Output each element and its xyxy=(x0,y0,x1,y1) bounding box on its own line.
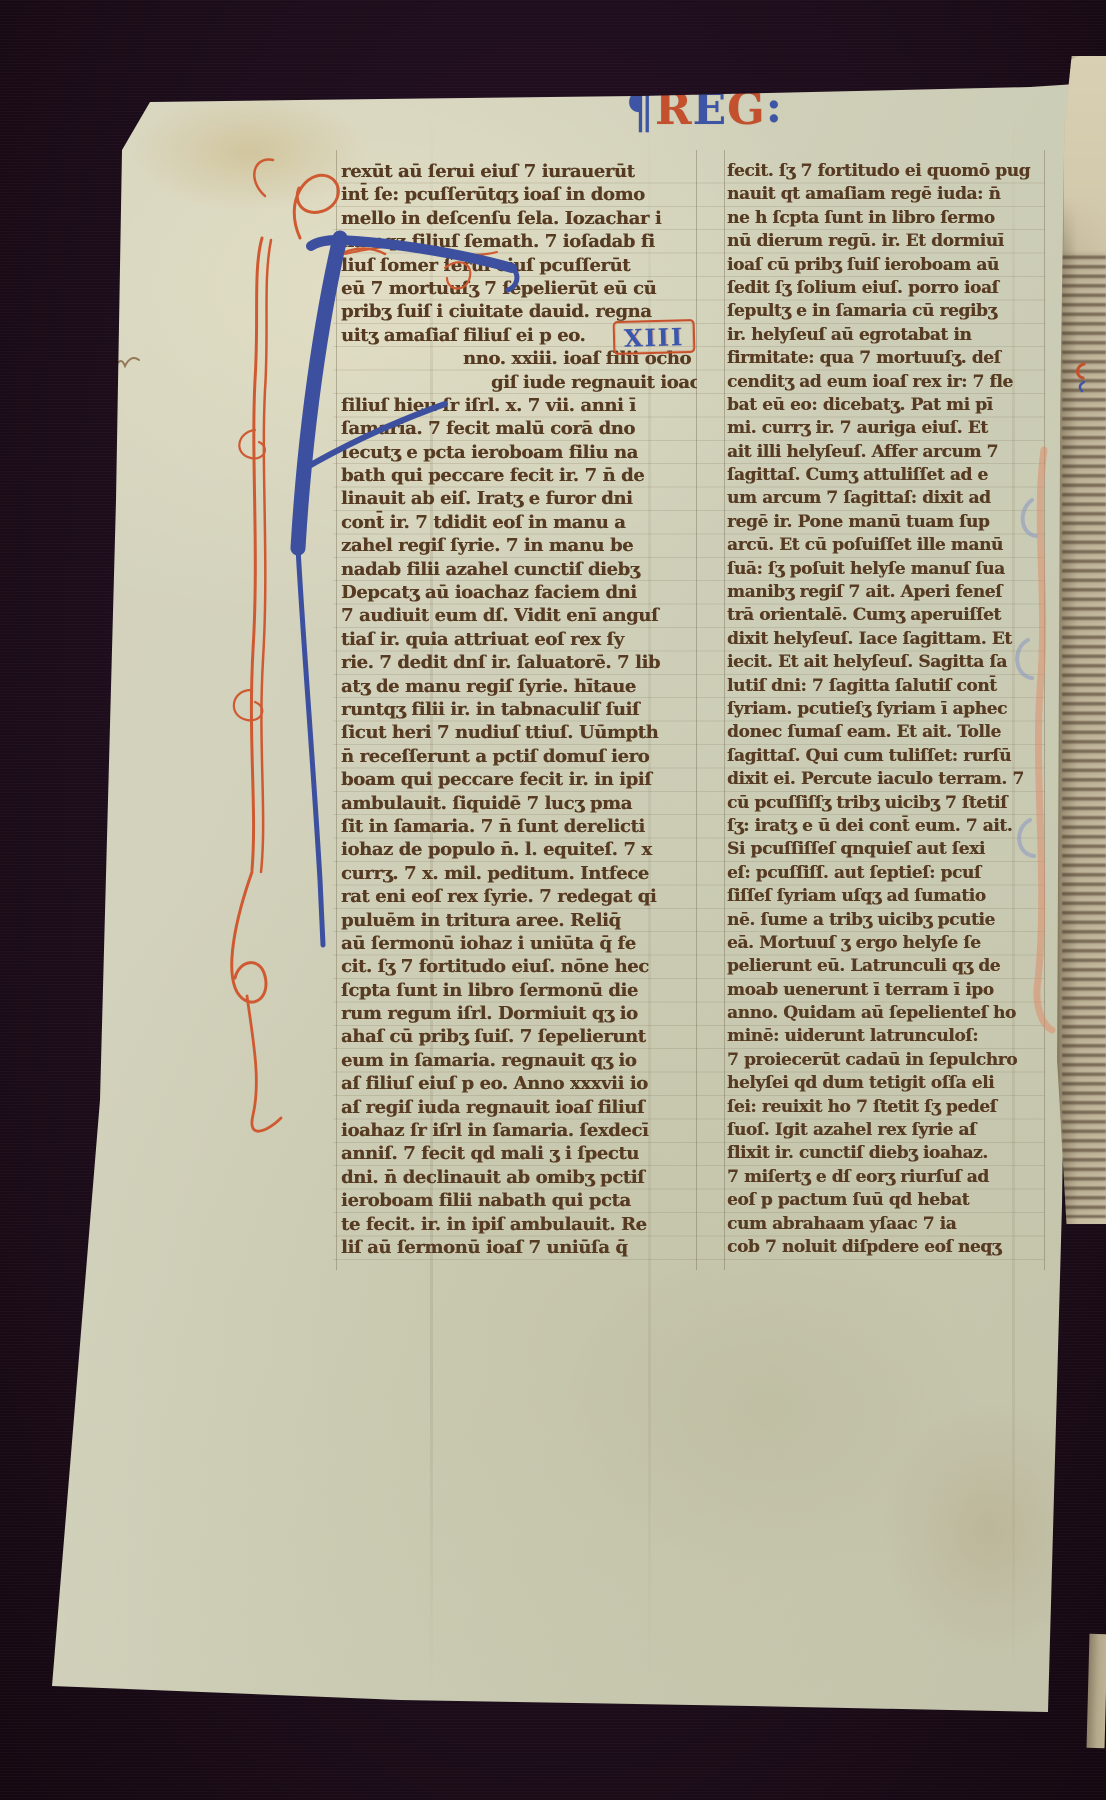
text-line: eā. Mortuuſ ʒ ergo helyſe ſe xyxy=(727,932,1047,955)
text-line: flixit ir. cunctiſ diebʒ ioahaz. xyxy=(727,1142,1047,1165)
text-line: liſ aū ſermonū ioaſ 7 uniūſa q̄ xyxy=(341,1236,697,1259)
text-line: ir. helyſeuſ aū egrotabat in xyxy=(727,324,1047,347)
text-line: manibʒ regiſ 7 ait. Aperi feneſ xyxy=(727,581,1047,604)
running-title-glyph: R xyxy=(655,88,693,132)
text-line: anno. Quidam aū ſepelienteſ ho xyxy=(727,1002,1047,1025)
text-line: regē ir. Pone manū tuam ſup xyxy=(727,511,1047,534)
text-line: donec ſumaſ eam. Et ait. Tolle xyxy=(727,721,1047,744)
text-line: dixit helyſeuſ. Iace ſagittam. Et xyxy=(727,628,1047,651)
text-line: ſiſſeſ ſyriam uſqʒ ad ſumatio xyxy=(727,885,1047,908)
text-line: ieroboam filii nabath qui pcta xyxy=(341,1189,697,1212)
text-line: Si pcuſſiſſeſ qnquieſ aut ſexi xyxy=(727,838,1047,861)
text-line: ſagittaſ. Cumʒ attuliſſet ad e xyxy=(727,464,1047,487)
text-line: nē. ſume a tribʒ uicibʒ pcutie xyxy=(727,909,1047,932)
running-title-glyph: ¶ xyxy=(626,88,655,136)
text-line: ſuoſ. Igit azahel rex ſyrie aſ xyxy=(727,1119,1047,1142)
text-line: helyſei qd dum tetigit oſſa eli xyxy=(727,1072,1047,1095)
text-line: cob 7 noluit diſpdere eoſ neqʒ xyxy=(727,1236,1047,1259)
text-line: ſuā: ſʒ poſuit helyſe manuſ ſua xyxy=(727,558,1047,581)
text-column-right: fecit. ſʒ 7 fortitudo ei quomō pugnauit … xyxy=(727,160,1047,1259)
text-line: firmitate: qua 7 mortuuſʒ. deſ xyxy=(727,347,1047,370)
text-line: dixit ei. Percute iaculo terram. 7 xyxy=(727,768,1047,791)
manuscript-photo: ¶REG: rexūt aū ſerui eiuſ 7 iurauerūtint… xyxy=(0,0,1106,1800)
text-line: iecit. Et ait helyſeuſ. Sagitta ſa xyxy=(727,651,1047,674)
ruling-vertical-line xyxy=(724,150,725,1270)
text-line: arcū. Et cū poſuiſſet ille manū xyxy=(727,534,1047,557)
text-line: moab uenerunt ī terram ī ipo xyxy=(727,979,1047,1002)
text-line: ſepultʒ e in ſamaria cū regibʒ xyxy=(727,300,1047,323)
text-line: 7 miſertʒ e dſ eorʒ riurſuſ ad xyxy=(727,1166,1047,1189)
text-line: um arcum 7 ſagittaſ: dixit ad xyxy=(727,487,1047,510)
parchment-stain xyxy=(560,1240,980,1580)
text-line: eſ: pcuſſiſſ. aut ſeptieſ: pcuſ xyxy=(727,862,1047,885)
running-title-glyph: G xyxy=(727,88,766,132)
running-title: ¶REG: xyxy=(626,88,783,134)
text-line: lutiſ dni: 7 ſagitta ſalutiſ cont̄ xyxy=(727,675,1047,698)
text-line: eoſ p pactum ſuū qd hebat xyxy=(727,1189,1047,1212)
text-line: trā orientalē. Cumʒ aperuiſſet xyxy=(727,604,1047,627)
running-title-glyph: E xyxy=(693,88,728,132)
parchment-stain xyxy=(880,1400,1100,1660)
margin-pen-mark xyxy=(94,346,148,376)
text-line: ſedit ſʒ ſolium eiuſ. porro ioaſ xyxy=(727,277,1047,300)
fore-edge-initial-mark xyxy=(1072,360,1088,394)
text-line: ait illi helyſeuſ. Affer arcum 7 xyxy=(727,441,1047,464)
text-line: ſyriam. pcutieſʒ ſyriam ī aphec xyxy=(727,698,1047,721)
page-corner-curl xyxy=(1064,56,1106,256)
text-line: cenditʒ ad eum ioaſ rex ir: 7 fle xyxy=(727,371,1047,394)
text-line: ſei: reuixit ho 7 ſtetit ſʒ pedeſ xyxy=(727,1096,1047,1119)
chapter-number-box: XIII xyxy=(613,319,696,355)
text-line: mi. currʒ ir. 7 auriga eiuſ. Et xyxy=(727,417,1047,440)
initial-blue-letter xyxy=(298,238,517,945)
chapter-number: XIII xyxy=(623,322,684,353)
running-title-glyph: : xyxy=(766,86,783,130)
bottom-page-corner xyxy=(1087,1634,1106,1748)
manuscript-page: ¶REG: rexūt aū ſerui eiuſ 7 iurauerūtint… xyxy=(0,0,1106,1800)
text-line: ne h ſcpta ſunt in libro ſermo xyxy=(727,207,1047,230)
text-line: pelierunt eū. Latrunculi qʒ de xyxy=(727,955,1047,978)
text-line: ſagittaſ. Qui cum tuliſſet: rurſū xyxy=(727,745,1047,768)
fore-edge-text-lines xyxy=(1062,252,1106,1218)
text-line: fecit. ſʒ 7 fortitudo ei quomō pug xyxy=(727,160,1047,183)
initial-red-flourish xyxy=(232,160,497,1132)
text-line: minē: uiderunt latrunculoſ: xyxy=(727,1025,1047,1048)
text-line: bat eū eo: dicebatʒ. Pat mi pī xyxy=(727,394,1047,417)
text-line: 7 proiecerūt cadaū in ſepulchro xyxy=(727,1049,1047,1072)
text-line: te fecit. ir. in ipiſ ambulauit. Re xyxy=(341,1213,697,1236)
text-line: cum abrahaam yſaac 7 ia xyxy=(727,1213,1047,1236)
text-line: nū dierum regū. ir. Et dormiuī xyxy=(727,230,1047,253)
text-line: cū pcuſſiſſʒ tribʒ uicibʒ 7 ſtetiſ xyxy=(727,792,1047,815)
text-line: nauit qt amaſiam regē iuda: n̄ xyxy=(727,183,1047,206)
text-line: ſʒ: iratʒ e ū dei cont̄ eum. 7 ait. xyxy=(727,815,1047,838)
illuminated-initial-A xyxy=(195,130,535,1190)
text-line: ioaſ cū pribʒ ſuiſ ieroboam aū xyxy=(727,254,1047,277)
